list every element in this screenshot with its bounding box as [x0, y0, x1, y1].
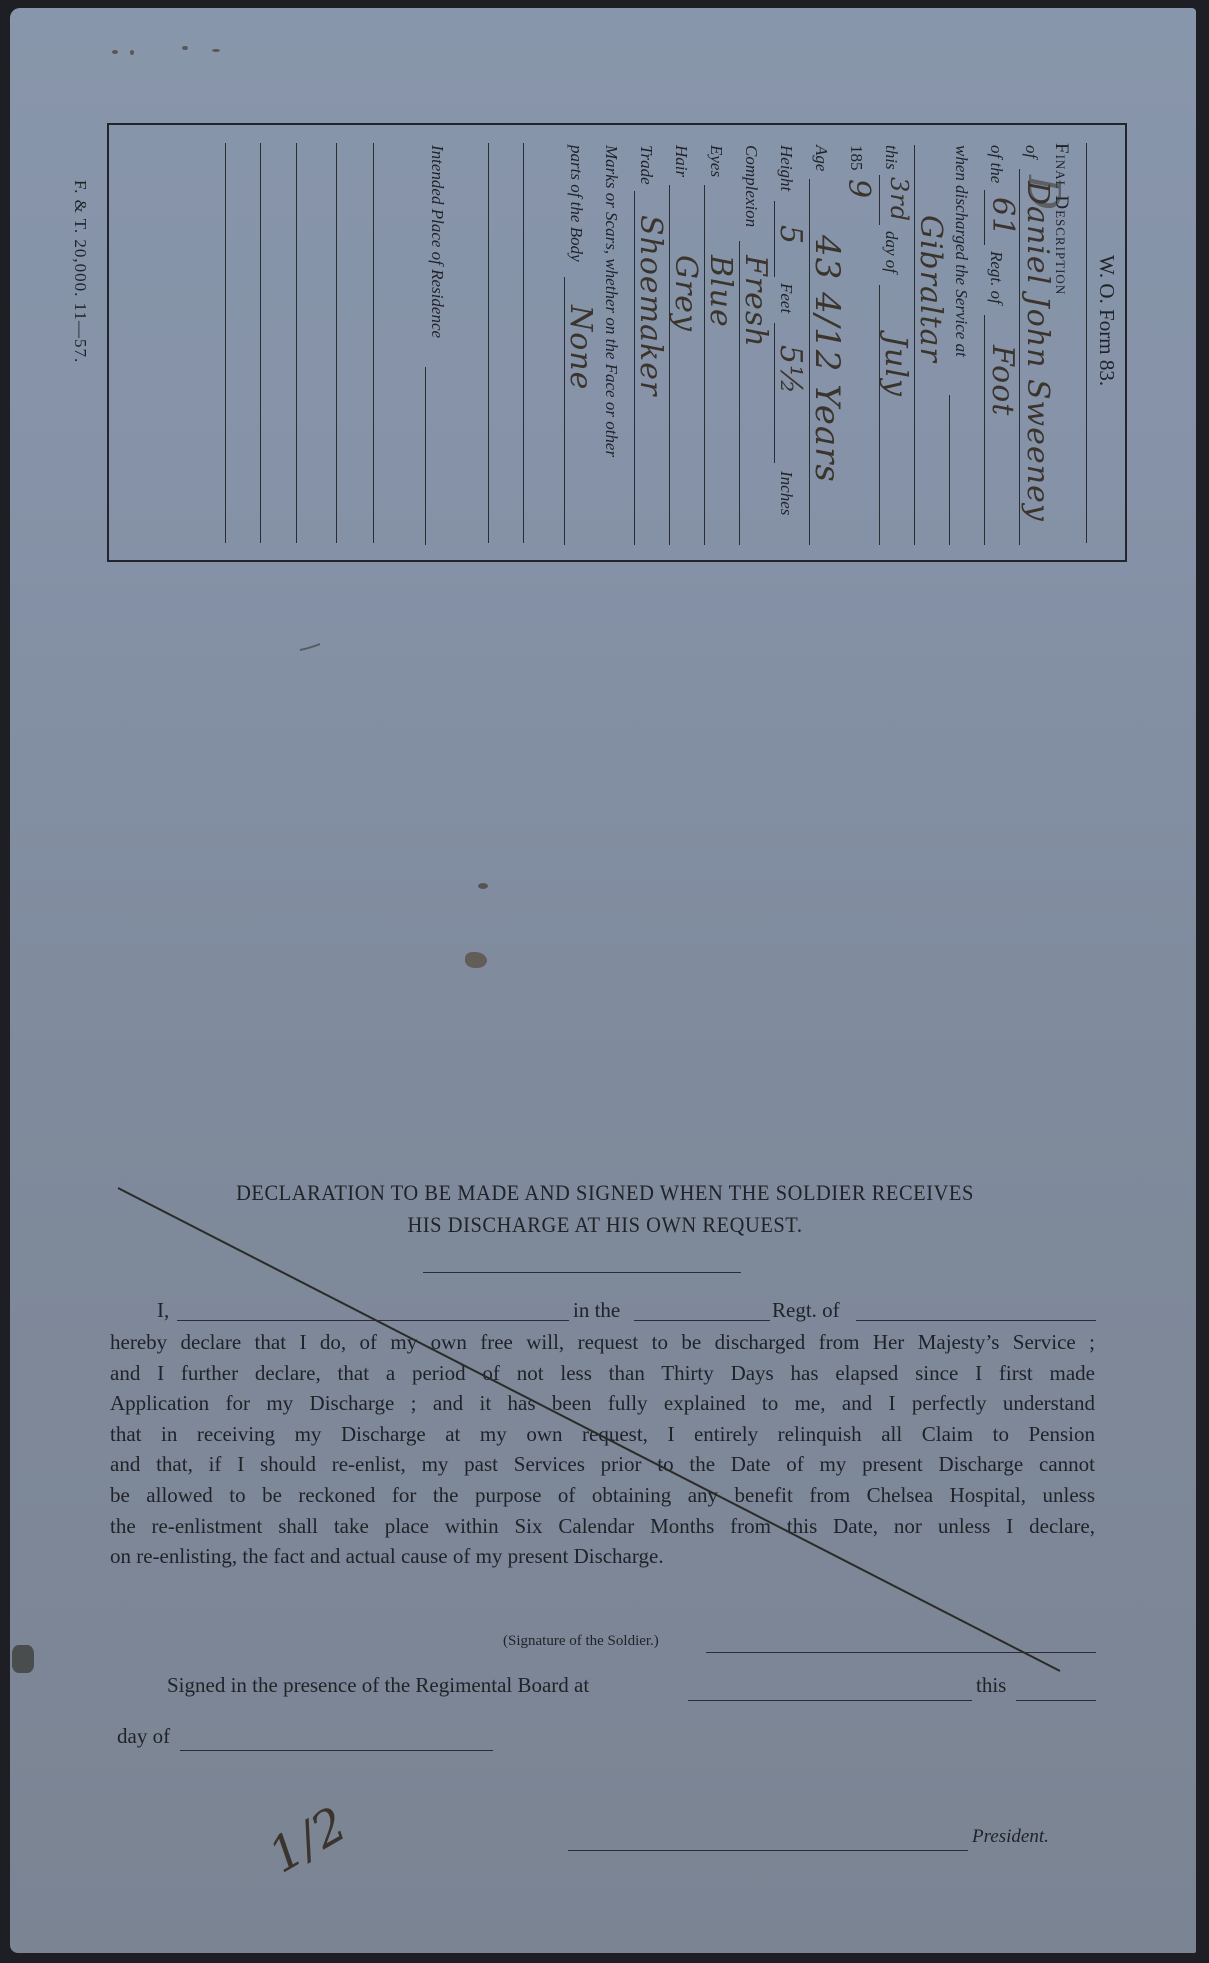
cancel-stroke	[0, 0, 1209, 1963]
